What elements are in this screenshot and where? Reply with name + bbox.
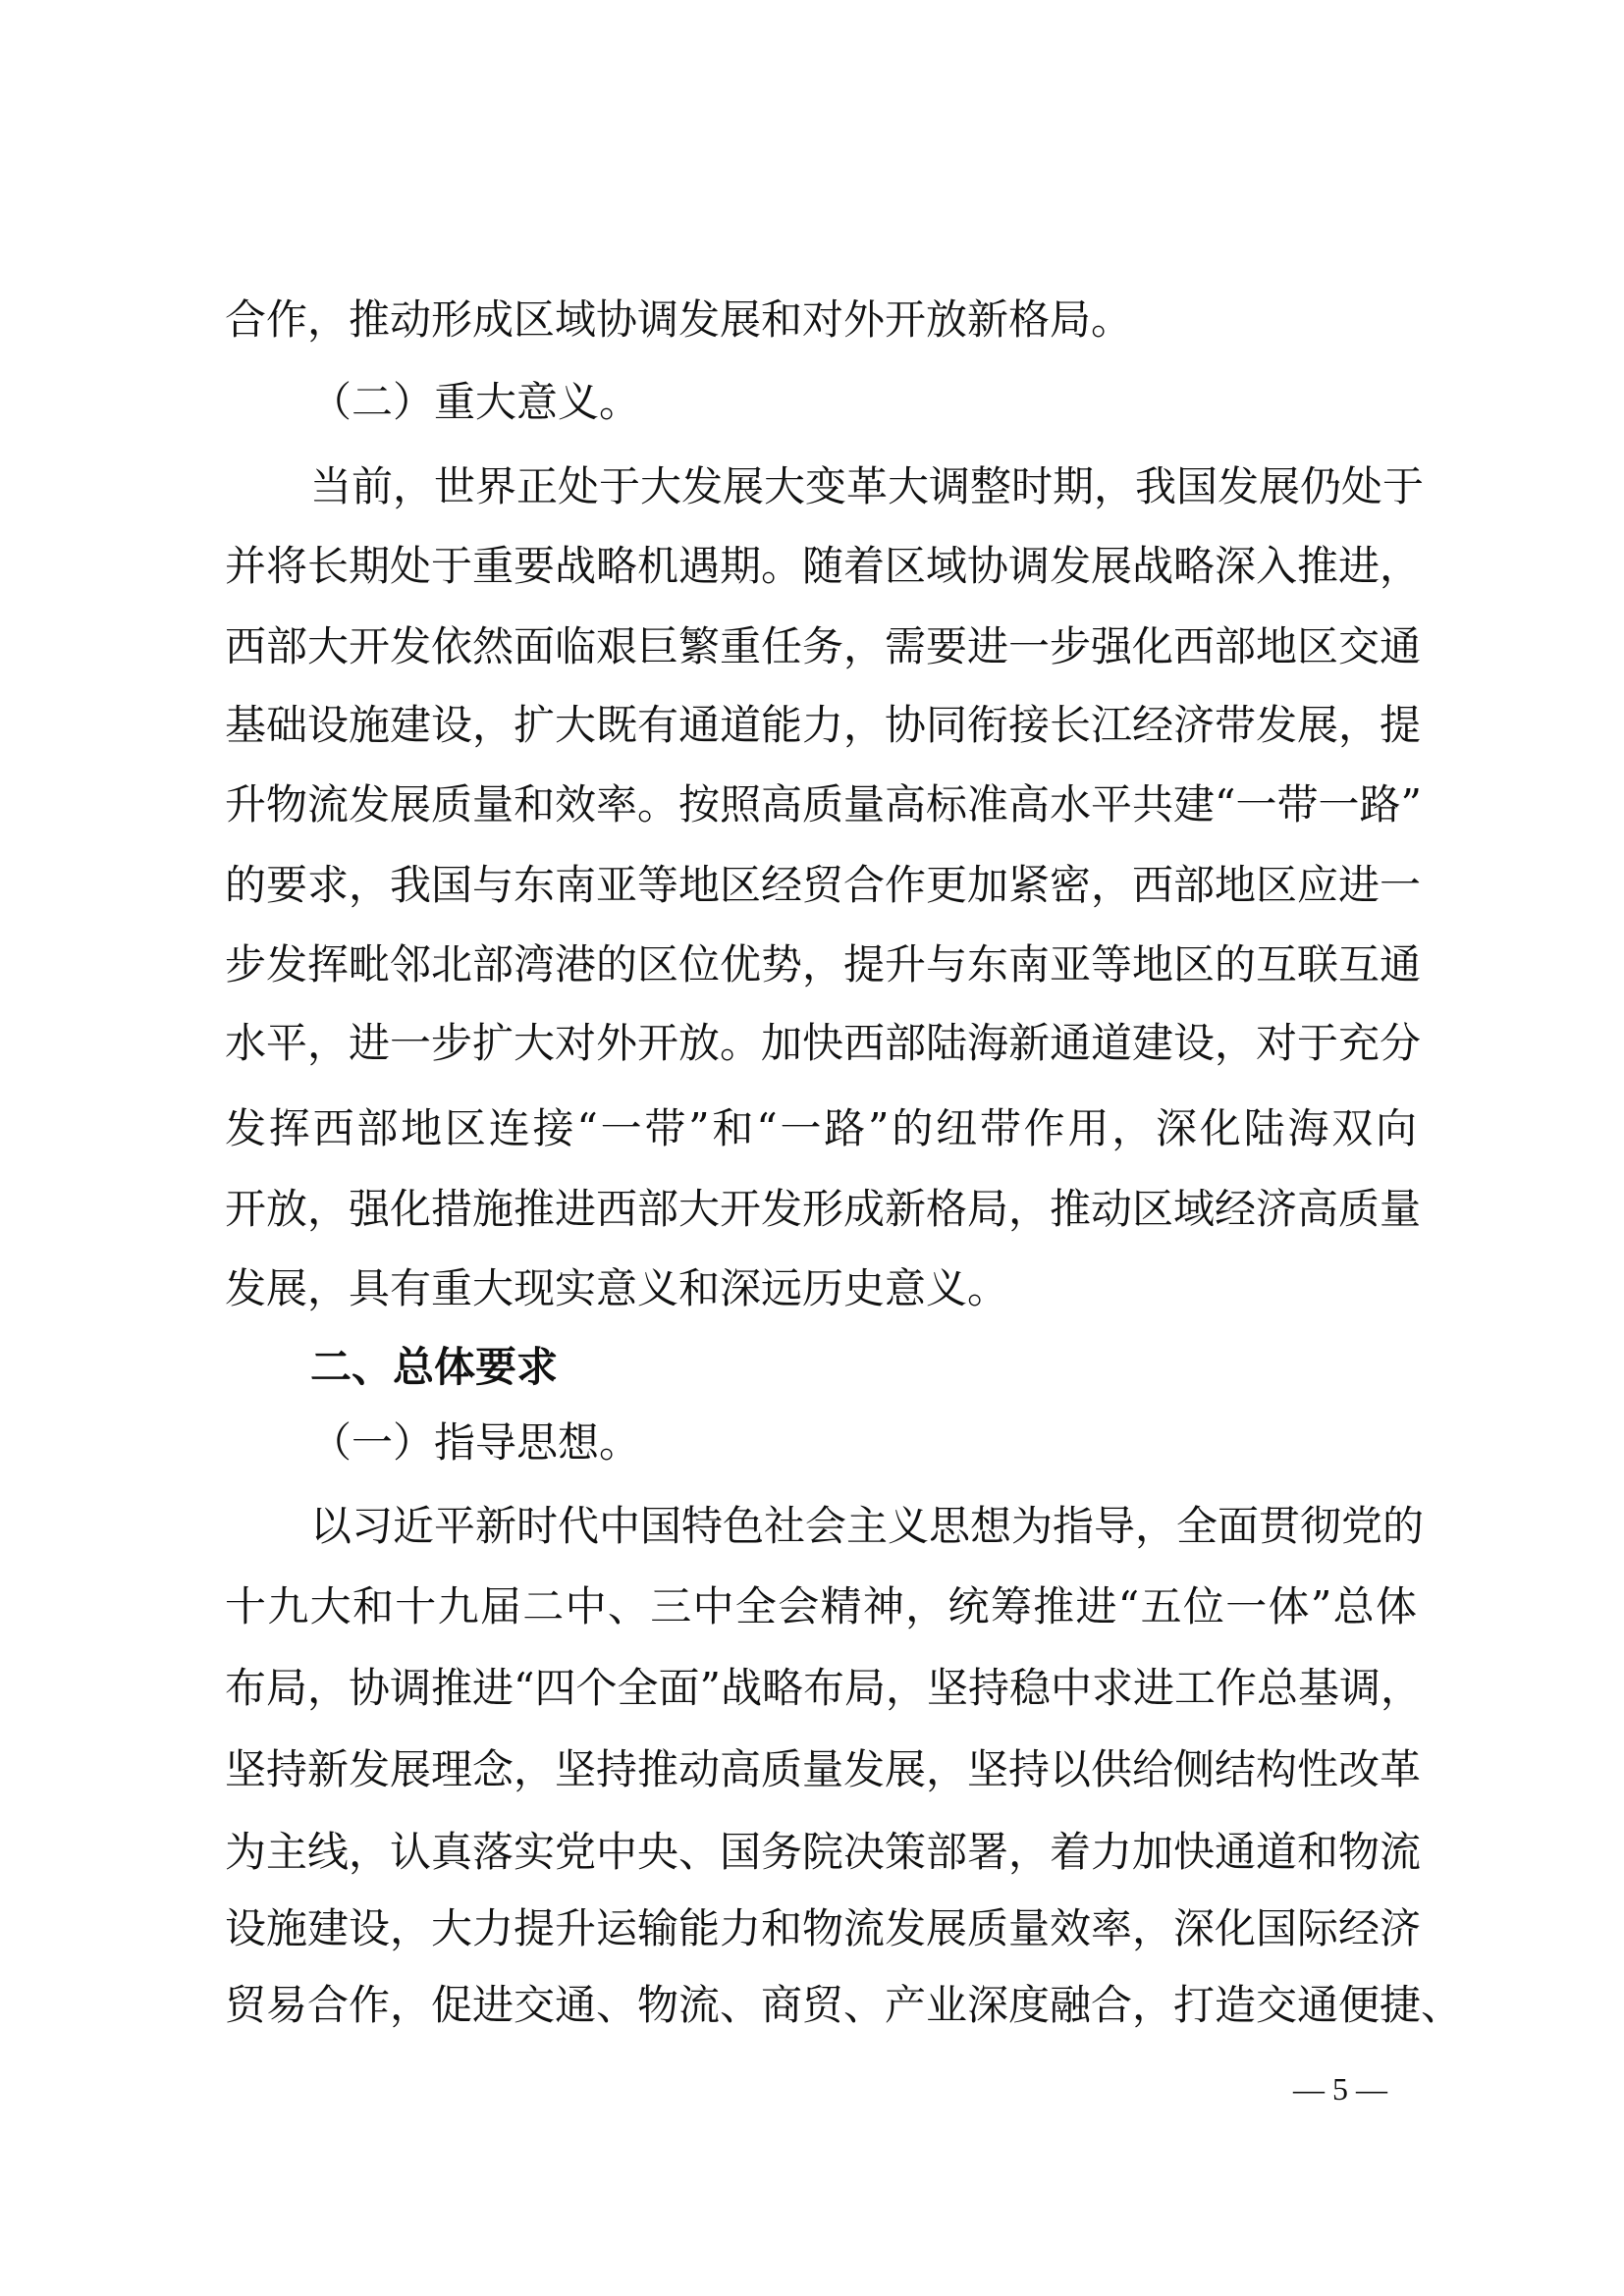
section-heading-significance: （二）重大意义。: [225, 373, 1417, 432]
document-page: 合作，推动形成区域协调发展和对外开放新格局。 （二）重大意义。 当前，世界正处于…: [0, 0, 1624, 2296]
section-heading-guiding-ideology: （一）指导思想。: [225, 1414, 1417, 1472]
paragraph-line: 十九大和十九届二中、三中全会精神，统筹推进“五位一体”总体: [225, 1577, 1417, 1636]
paragraph-line: 发展，具有重大现实意义和深远历史意义。: [225, 1259, 1417, 1318]
paragraph-line: 布局，协调推进“四个全面”战略布局，坚持稳中求进工作总基调，: [225, 1659, 1417, 1718]
paragraph-line: 西部大开发依然面临艰巨繁重任务，需要进一步强化西部地区交通: [225, 617, 1417, 676]
section-heading-general-requirements: 二、总体要求: [225, 1338, 1417, 1397]
paragraph-line: 为主线，认真落实党中央、国务院决策部署，着力加快通道和物流: [225, 1823, 1417, 1882]
paragraph-line: 水平，进一步扩大对外开放。加快西部陆海新通道建设，对于充分: [225, 1014, 1417, 1073]
paragraph-line: 发挥西部地区连接“一带”和“一路”的纽带作用，深化陆海双向: [225, 1099, 1417, 1158]
paragraph-line: 贸易合作，促进交通、物流、商贸、产业深度融合，打造交通便捷、: [225, 1976, 1417, 2035]
paragraph-line: 基础设施建设，扩大既有通道能力，协同衔接长江经济带发展，提: [225, 696, 1417, 755]
paragraph-line: 合作，推动形成区域协调发展和对外开放新格局。: [225, 291, 1417, 349]
paragraph-line: 当前，世界正处于大发展大变革大调整时期，我国发展仍处于: [225, 457, 1417, 516]
paragraph-line: 以习近平新时代中国特色社会主义思想为指导，全面贯彻党的: [225, 1497, 1417, 1556]
paragraph-line: 并将长期处于重要战略机遇期。随着区域协调发展战略深入推进，: [225, 537, 1417, 596]
paragraph-line: 坚持新发展理念，坚持推动高质量发展，坚持以供给侧结构性改革: [225, 1740, 1417, 1799]
paragraph-line: 的要求，我国与东南亚等地区经贸合作更加紧密，西部地区应进一: [225, 856, 1417, 915]
paragraph-line: 设施建设，大力提升运输能力和物流发展质量效率，深化国际经济: [225, 1899, 1417, 1958]
paragraph-line: 开放，强化措施推进西部大开发形成新格局，推动区域经济高质量: [225, 1180, 1417, 1239]
paragraph-line: 升物流发展质量和效率。按照高质量高标准高水平共建“一带一路”: [225, 775, 1417, 834]
page-number: — 5 —: [1267, 2069, 1414, 2109]
paragraph-line: 步发挥毗邻北部湾港的区位优势，提升与东南亚等地区的互联互通: [225, 935, 1417, 994]
